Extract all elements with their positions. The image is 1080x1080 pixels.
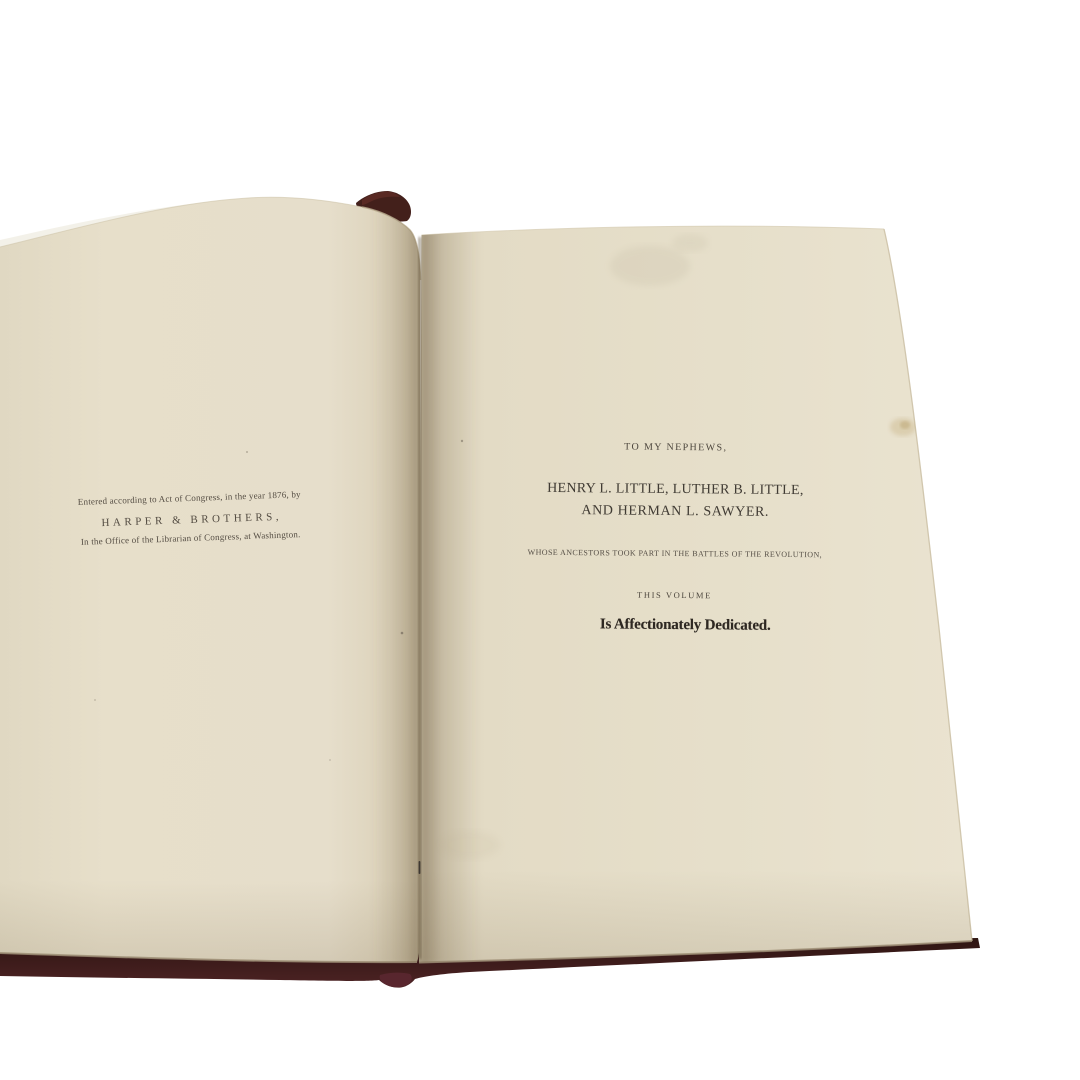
dedication-this-volume: THIS VOLUME (498, 588, 850, 601)
dedication-salutation: TO MY NEPHEWS, (500, 440, 852, 455)
dedication-names-2: AND HERMAN L. SAWYER. (499, 502, 851, 521)
binding-thread-mark (419, 861, 421, 874)
speck (401, 632, 404, 635)
copyright-notice: Entered according to Act of Congress, in… (59, 488, 321, 548)
smudge (610, 246, 690, 286)
dedication-ancestors-line: WHOSE ANCESTORS TOOK PART IN THE BATTLES… (499, 547, 851, 560)
left-page (0, 197, 421, 962)
open-book-photo: Entered according to Act of Congress, in… (0, 0, 1080, 1080)
speck (461, 440, 463, 442)
dedication-blackletter-line: Is Affectionately Dedicated. (509, 615, 861, 636)
publisher-name: HARPER & BROTHERS, (60, 509, 320, 530)
dedication: TO MY NEPHEWS, HENRY L. LITTLE, LUTHER B… (498, 440, 852, 635)
dedication-names-1: HENRY L. LITTLE, LUTHER B. LITTLE, (499, 480, 851, 499)
gutter-seam (418, 237, 422, 959)
